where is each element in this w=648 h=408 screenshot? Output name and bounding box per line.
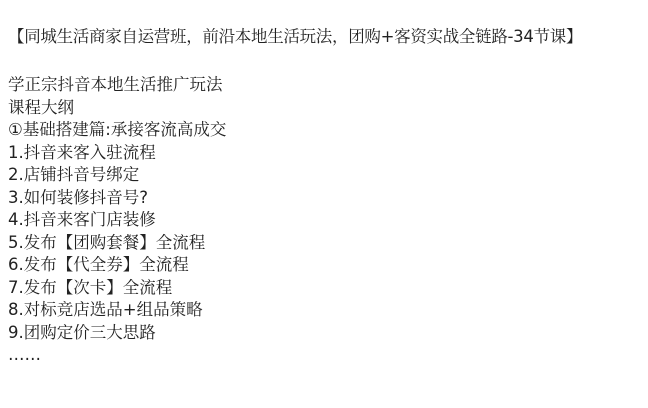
lesson-item: 2.店铺抖音号绑定 <box>8 164 226 187</box>
lesson-item: 3.如何装修抖音号? <box>8 187 226 210</box>
course-title: 【同城生活商家自运营班，前沿本地生活玩法，团购+客资实战全链路-34节课】 <box>8 26 582 48</box>
lesson-item: 6.发布【代全券】全流程 <box>8 254 226 277</box>
intro-text: 学正宗抖音本地生活推广玩法 <box>8 74 226 97</box>
ellipsis: …… <box>8 344 226 367</box>
course-description: 学正宗抖音本地生活推广玩法 课程大纲 ①基础搭建篇:承接客流高成交 1.抖音来客… <box>8 74 226 367</box>
lesson-item: 7.发布【次卡】全流程 <box>8 277 226 300</box>
section-heading: ①基础搭建篇:承接客流高成交 <box>8 119 226 142</box>
lesson-item: 8.对标竞店选品+组品策略 <box>8 299 226 322</box>
lesson-item: 5.发布【团购套餐】全流程 <box>8 232 226 255</box>
outline-heading: 课程大纲 <box>8 97 226 120</box>
lesson-item: 1.抖音来客入驻流程 <box>8 142 226 165</box>
lesson-item: 4.抖音来客门店装修 <box>8 209 226 232</box>
lesson-item: 9.团购定价三大思路 <box>8 322 226 345</box>
